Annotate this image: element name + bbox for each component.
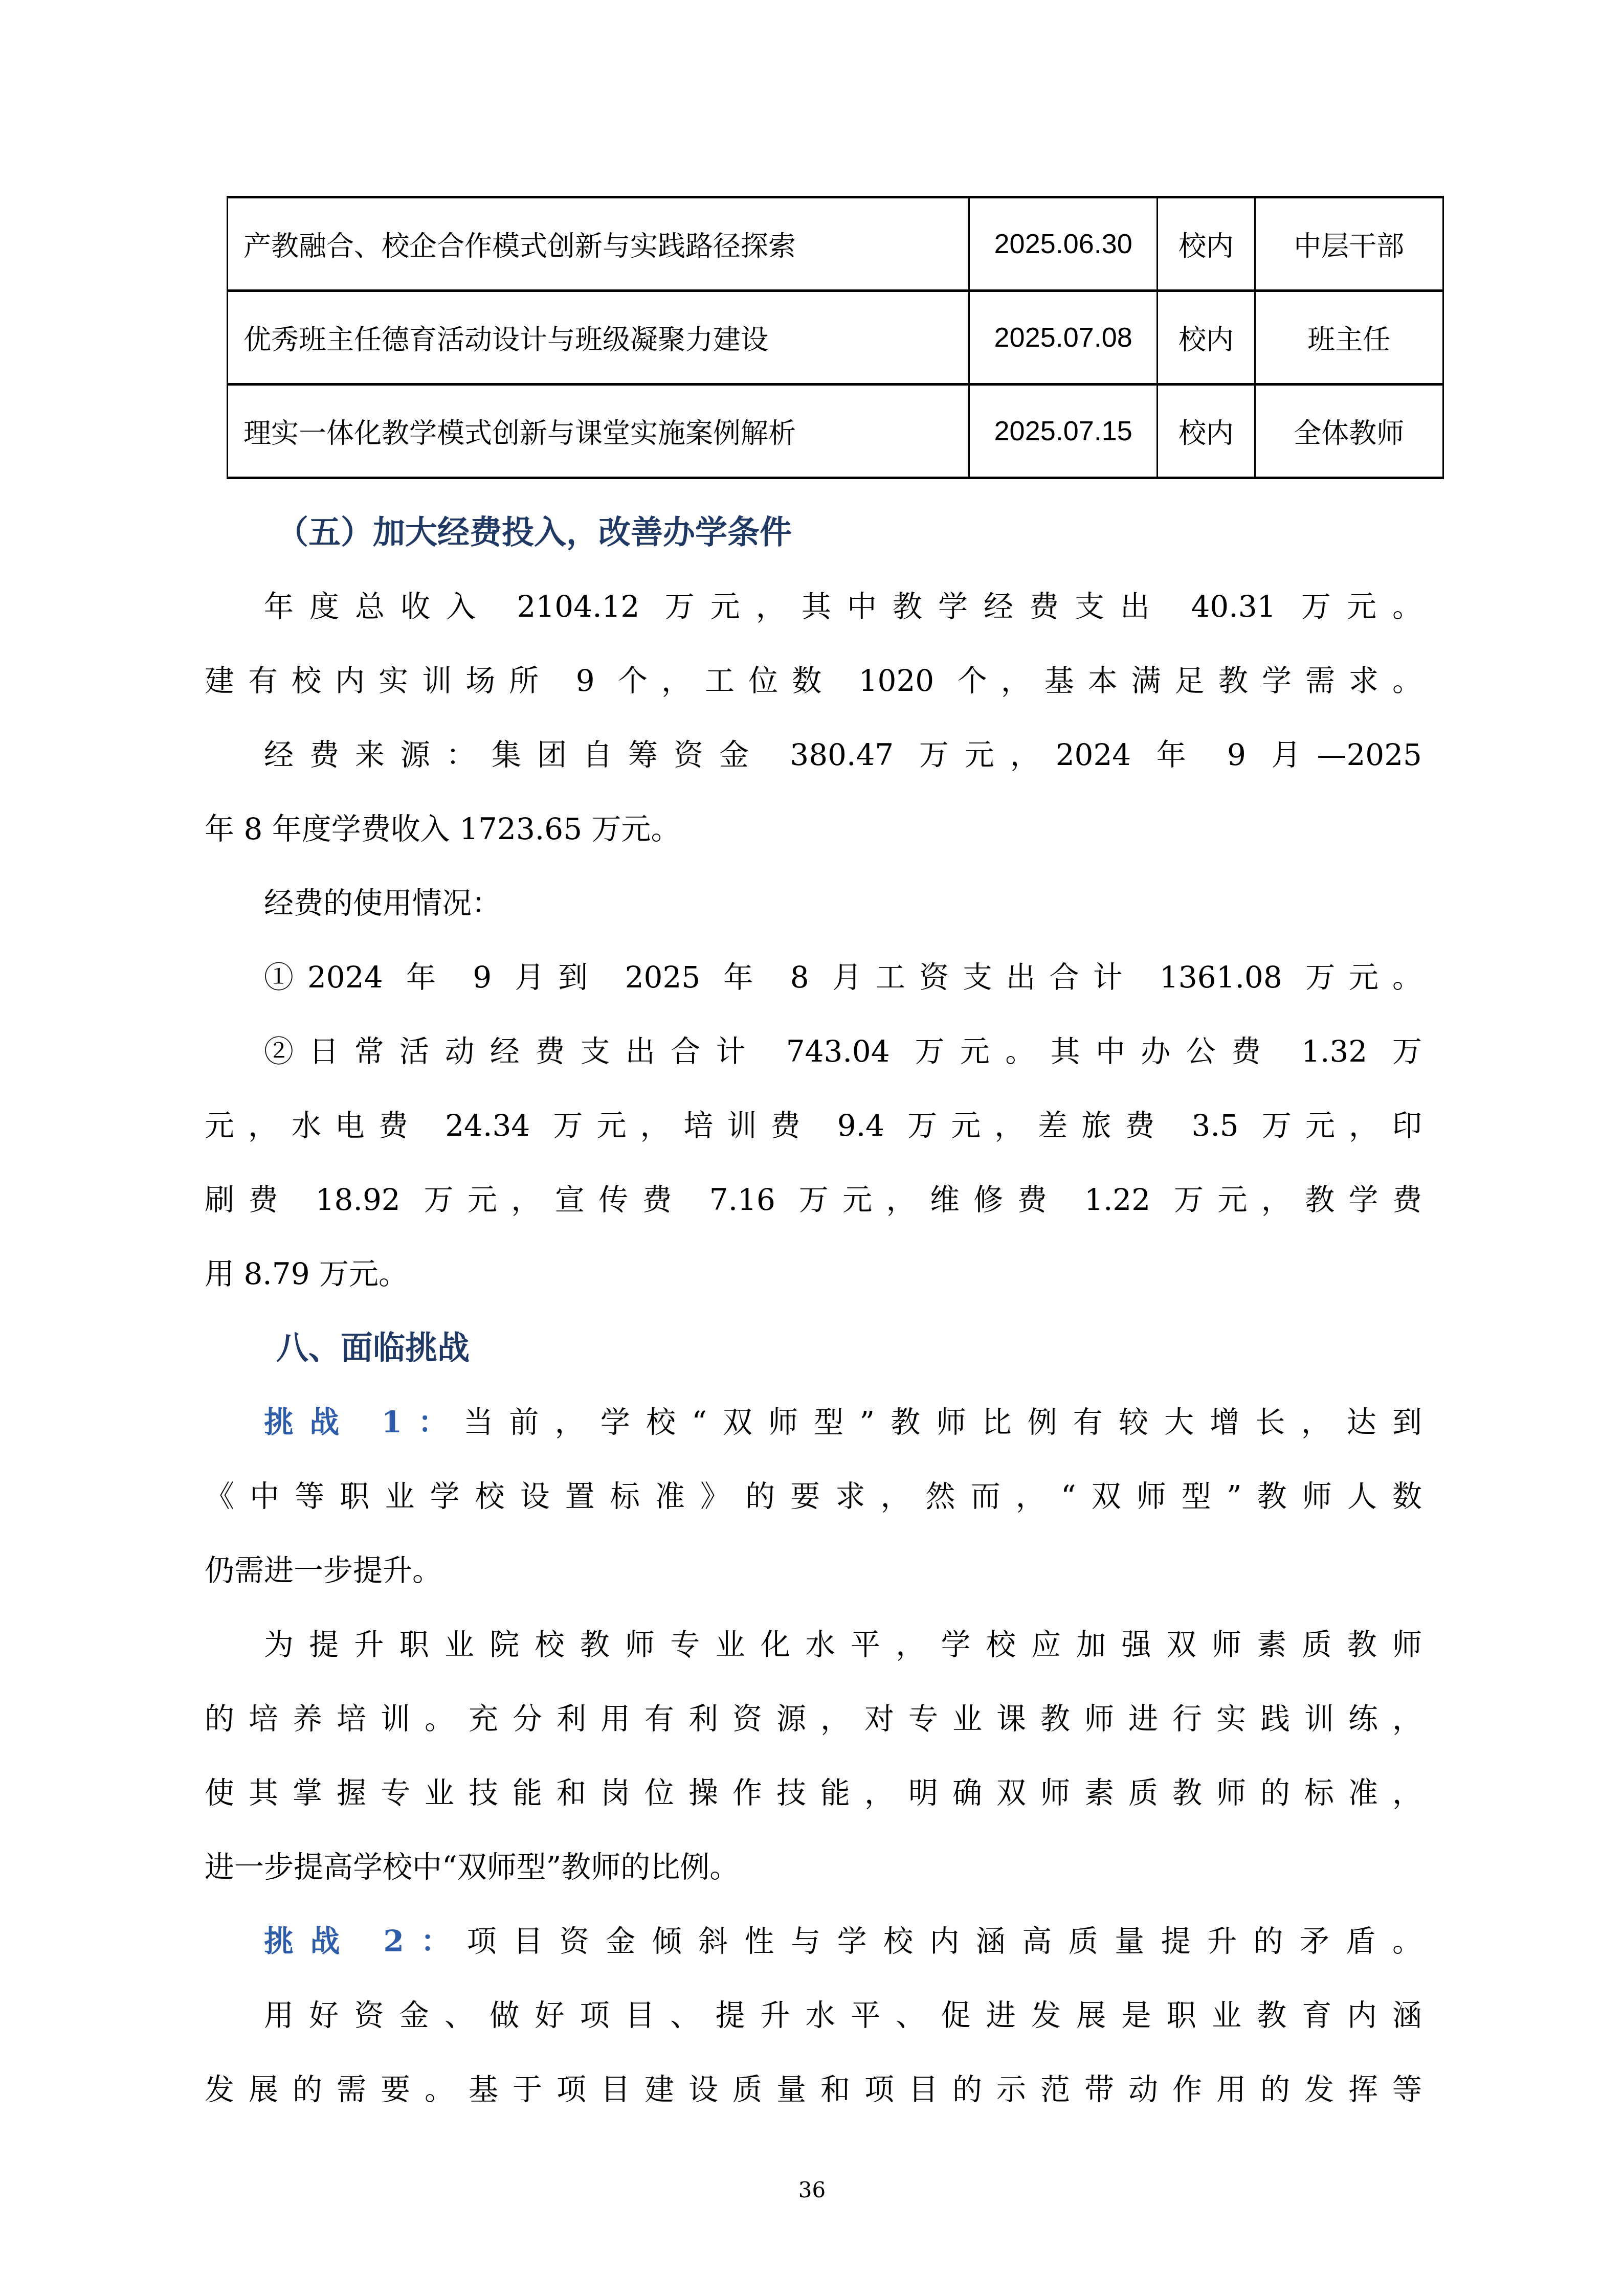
topic-cell: 理实一体化教学模式创新与课堂实施案例解析 <box>228 385 969 478</box>
audience-cell: 中层干部 <box>1255 197 1443 291</box>
paragraph-line: 《中等职业学校设置标准》的要求，然而，“双师型”教师人数 <box>205 1459 1422 1534</box>
paragraph-funding-source: 经费来源：集团自筹资金 380.47 万元，2024 年 9 月—2025 年 … <box>205 718 1422 866</box>
location-cell: 校内 <box>1158 291 1255 385</box>
audience-cell: 班主任 <box>1255 291 1443 385</box>
challenge-2-text: 项目资金倾斜性与学校内涵高质量提升的矛盾。 <box>467 1924 1422 1959</box>
paragraph-line: 年度总收入 2104.12 万元，其中教学经费支出 40.31 万元。 <box>205 570 1422 644</box>
location-cell: 校内 <box>1158 385 1255 478</box>
challenge-2-label: 挑战 2： <box>264 1924 467 1959</box>
page-number: 36 <box>0 2177 1624 2202</box>
section-heading-five: （五）加大经费投入，改善办学条件 <box>205 496 1422 570</box>
paragraph-line: 经费来源：集团自筹资金 380.47 万元，2024 年 9 月—2025 <box>205 718 1422 792</box>
paragraph-salary: ①2024 年 9 月到 2025 年 8 月工资支出合计 1361.08 万元… <box>205 940 1422 1015</box>
paragraph-income: 年度总收入 2104.12 万元，其中教学经费支出 40.31 万元。 建有校内… <box>205 570 1422 718</box>
paragraph-line: 使其掌握专业技能和岗位操作技能，明确双师素质教师的标准， <box>205 1756 1422 1830</box>
page-content: 产教融合、校企合作模式创新与实践路径探索 2025.06.30 校内 中层干部 … <box>205 196 1422 2127</box>
paragraph-line: 仍需进一步提升。 <box>205 1534 1422 1608</box>
paragraph-line: ①2024 年 9 月到 2025 年 8 月工资支出合计 1361.08 万元… <box>205 940 1422 1015</box>
paragraph-line: 元，水电费 24.34 万元，培训费 9.4 万元，差旅费 3.5 万元，印 <box>205 1089 1422 1163</box>
paragraph-teacher-training: 为提升职业院校教师专业化水平，学校应加强双师素质教师 的培养培训。充分利用有利资… <box>205 1608 1422 1904</box>
paragraph-line: 建有校内实训场所 9 个，工位数 1020 个，基本满足教学需求。 <box>205 644 1422 718</box>
paragraph-line: 年 8 年度学费收入 1723.65 万元。 <box>205 792 1422 866</box>
paragraph-challenge-1: 挑战 1：当前，学校“双师型”教师比例有较大增长，达到 《中等职业学校设置标准》… <box>205 1385 1422 1608</box>
paragraph-line: 刷费 18.92 万元，宣传费 7.16 万元，维修费 1.22 万元，教学费 <box>205 1163 1422 1237</box>
topic-cell: 产教融合、校企合作模式创新与实践路径探索 <box>228 197 969 291</box>
location-cell: 校内 <box>1158 197 1255 291</box>
paragraph-project-funds: 用好资金、做好项目、提升水平、促进发展是职业教育内涵 发展的需要。基于项目建设质… <box>205 1978 1422 2127</box>
paragraph-line: 经费的使用情况： <box>205 866 1422 940</box>
date-cell: 2025.07.08 <box>969 291 1157 385</box>
paragraph-line: 进一步提高学校中“双师型”教师的比例。 <box>205 1830 1422 1904</box>
table-row: 理实一体化教学模式创新与课堂实施案例解析 2025.07.15 校内 全体教师 <box>228 385 1443 478</box>
section-heading-eight: 八、面临挑战 <box>205 1311 1422 1385</box>
paragraph-challenge-2: 挑战 2：项目资金倾斜性与学校内涵高质量提升的矛盾。 <box>205 1904 1422 1978</box>
date-cell: 2025.07.15 <box>969 385 1157 478</box>
training-schedule-table: 产教融合、校企合作模式创新与实践路径探索 2025.06.30 校内 中层干部 … <box>227 196 1444 479</box>
paragraph-line: ②日常活动经费支出合计 743.04 万元。其中办公费 1.32 万 <box>205 1015 1422 1089</box>
challenge-1-label: 挑战 1： <box>264 1405 463 1439</box>
paragraph-usage-intro: 经费的使用情况： <box>205 866 1422 940</box>
paragraph-line: 的培养培训。充分利用有利资源，对专业课教师进行实践训练， <box>205 1682 1422 1756</box>
table-row: 产教融合、校企合作模式创新与实践路径探索 2025.06.30 校内 中层干部 <box>228 197 1443 291</box>
document-page: 产教融合、校企合作模式创新与实践路径探索 2025.06.30 校内 中层干部 … <box>0 0 1624 2296</box>
challenge-1-text: 当前，学校“双师型”教师比例有较大增长，达到 <box>463 1405 1422 1439</box>
paragraph-line: 挑战 2：项目资金倾斜性与学校内涵高质量提升的矛盾。 <box>205 1904 1422 1978</box>
table-row: 优秀班主任德育活动设计与班级凝聚力建设 2025.07.08 校内 班主任 <box>228 291 1443 385</box>
paragraph-line: 为提升职业院校教师专业化水平，学校应加强双师素质教师 <box>205 1608 1422 1682</box>
topic-cell: 优秀班主任德育活动设计与班级凝聚力建设 <box>228 291 969 385</box>
paragraph-line: 挑战 1：当前，学校“双师型”教师比例有较大增长，达到 <box>205 1385 1422 1459</box>
paragraph-line: 发展的需要。基于项目建设质量和项目的示范带动作用的发挥等 <box>205 2053 1422 2127</box>
audience-cell: 全体教师 <box>1255 385 1443 478</box>
date-cell: 2025.06.30 <box>969 197 1157 291</box>
paragraph-line: 用好资金、做好项目、提升水平、促进发展是职业教育内涵 <box>205 1978 1422 2053</box>
paragraph-line: 用 8.79 万元。 <box>205 1237 1422 1311</box>
paragraph-daily-expense: ②日常活动经费支出合计 743.04 万元。其中办公费 1.32 万 元，水电费… <box>205 1015 1422 1311</box>
